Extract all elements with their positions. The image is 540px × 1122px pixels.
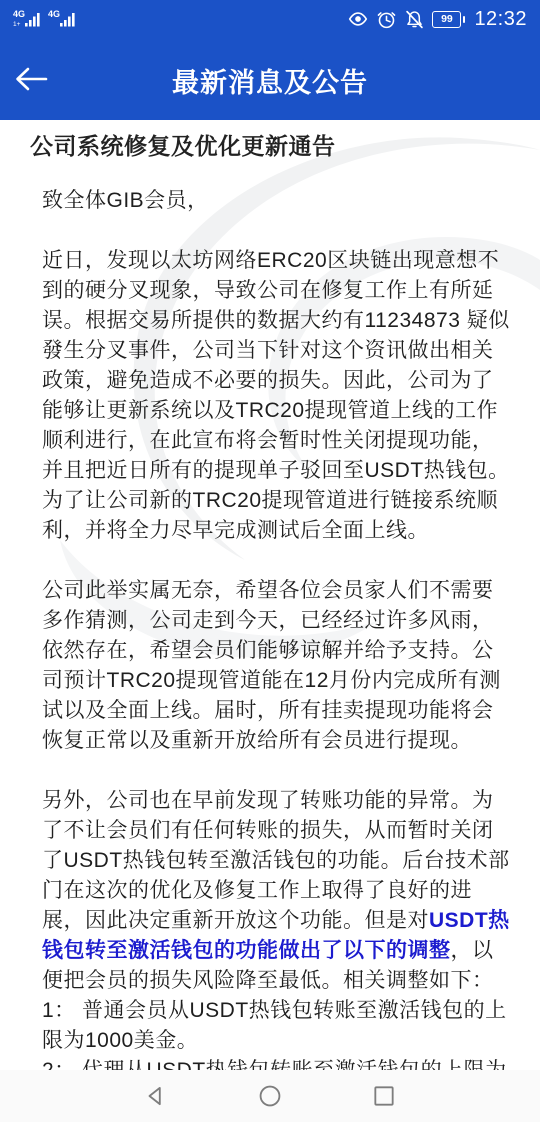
nav-recents-icon [371, 1083, 397, 1109]
announcement-greeting: 致全体GIB会员， [42, 186, 512, 216]
announcement-document: 公司系统修复及优化更新通告 致全体GIB会员， 近日，发现以太坊网络ERC20区… [0, 120, 540, 1086]
svg-text:1+: 1+ [13, 21, 21, 28]
back-arrow-icon [13, 66, 49, 92]
nav-home-button[interactable] [256, 1082, 284, 1110]
top-blue-zone: 4G 1+ 4G [0, 0, 540, 120]
signal-sim2-icon: 4G [48, 8, 78, 30]
status-right: 99 12:32 [347, 8, 527, 31]
status-left: 4G 1+ 4G [13, 8, 78, 30]
announcement-paragraph-1: 近日，发现以太坊网络ERC20区块链出现意想不到的硬分叉现象，导致公司在修复工作… [42, 246, 512, 546]
nav-back-button[interactable] [142, 1082, 170, 1110]
announcement-title: 公司系统修复及优化更新通告 [30, 130, 512, 162]
page-title: 最新消息及公告 [62, 59, 478, 100]
signal-sim1-icon: 4G 1+ [13, 8, 43, 30]
status-time: 12:32 [474, 8, 527, 31]
nav-recents-button[interactable] [370, 1082, 398, 1110]
svg-text:4G: 4G [13, 9, 25, 19]
battery-level: 99 [432, 11, 461, 28]
content-scroll-area[interactable]: 公司系统修复及优化更新通告 致全体GIB会员， 近日，发现以太坊网络ERC20区… [0, 120, 540, 1122]
eye-comfort-icon [347, 8, 369, 30]
navigation-bar [0, 1070, 540, 1122]
alarm-icon [376, 9, 397, 30]
phone-screen: 4G 1+ 4G [0, 0, 540, 1122]
nav-home-icon [257, 1083, 283, 1109]
app-header: 最新消息及公告 [0, 38, 540, 120]
announcement-paragraph-3: 另外，公司也在早前发现了转账功能的异常。为了不让会员们有任何转账的损失，从而暂时… [42, 786, 512, 996]
announcement-paragraph-2: 公司此举实属无奈，希望各位会员家人们不需要多作猜测，公司走到今天，已经经过许多风… [42, 576, 512, 756]
battery-icon: 99 [432, 11, 465, 28]
back-button[interactable] [0, 66, 62, 92]
adjustment-item-1: 1： 普通会员从USDT热钱包转账至激活钱包的上限为1000美金。 [42, 996, 512, 1056]
mute-bell-icon [404, 9, 425, 30]
svg-text:4G: 4G [48, 9, 60, 19]
nav-back-icon [143, 1083, 169, 1109]
status-bar: 4G 1+ 4G [0, 0, 540, 38]
